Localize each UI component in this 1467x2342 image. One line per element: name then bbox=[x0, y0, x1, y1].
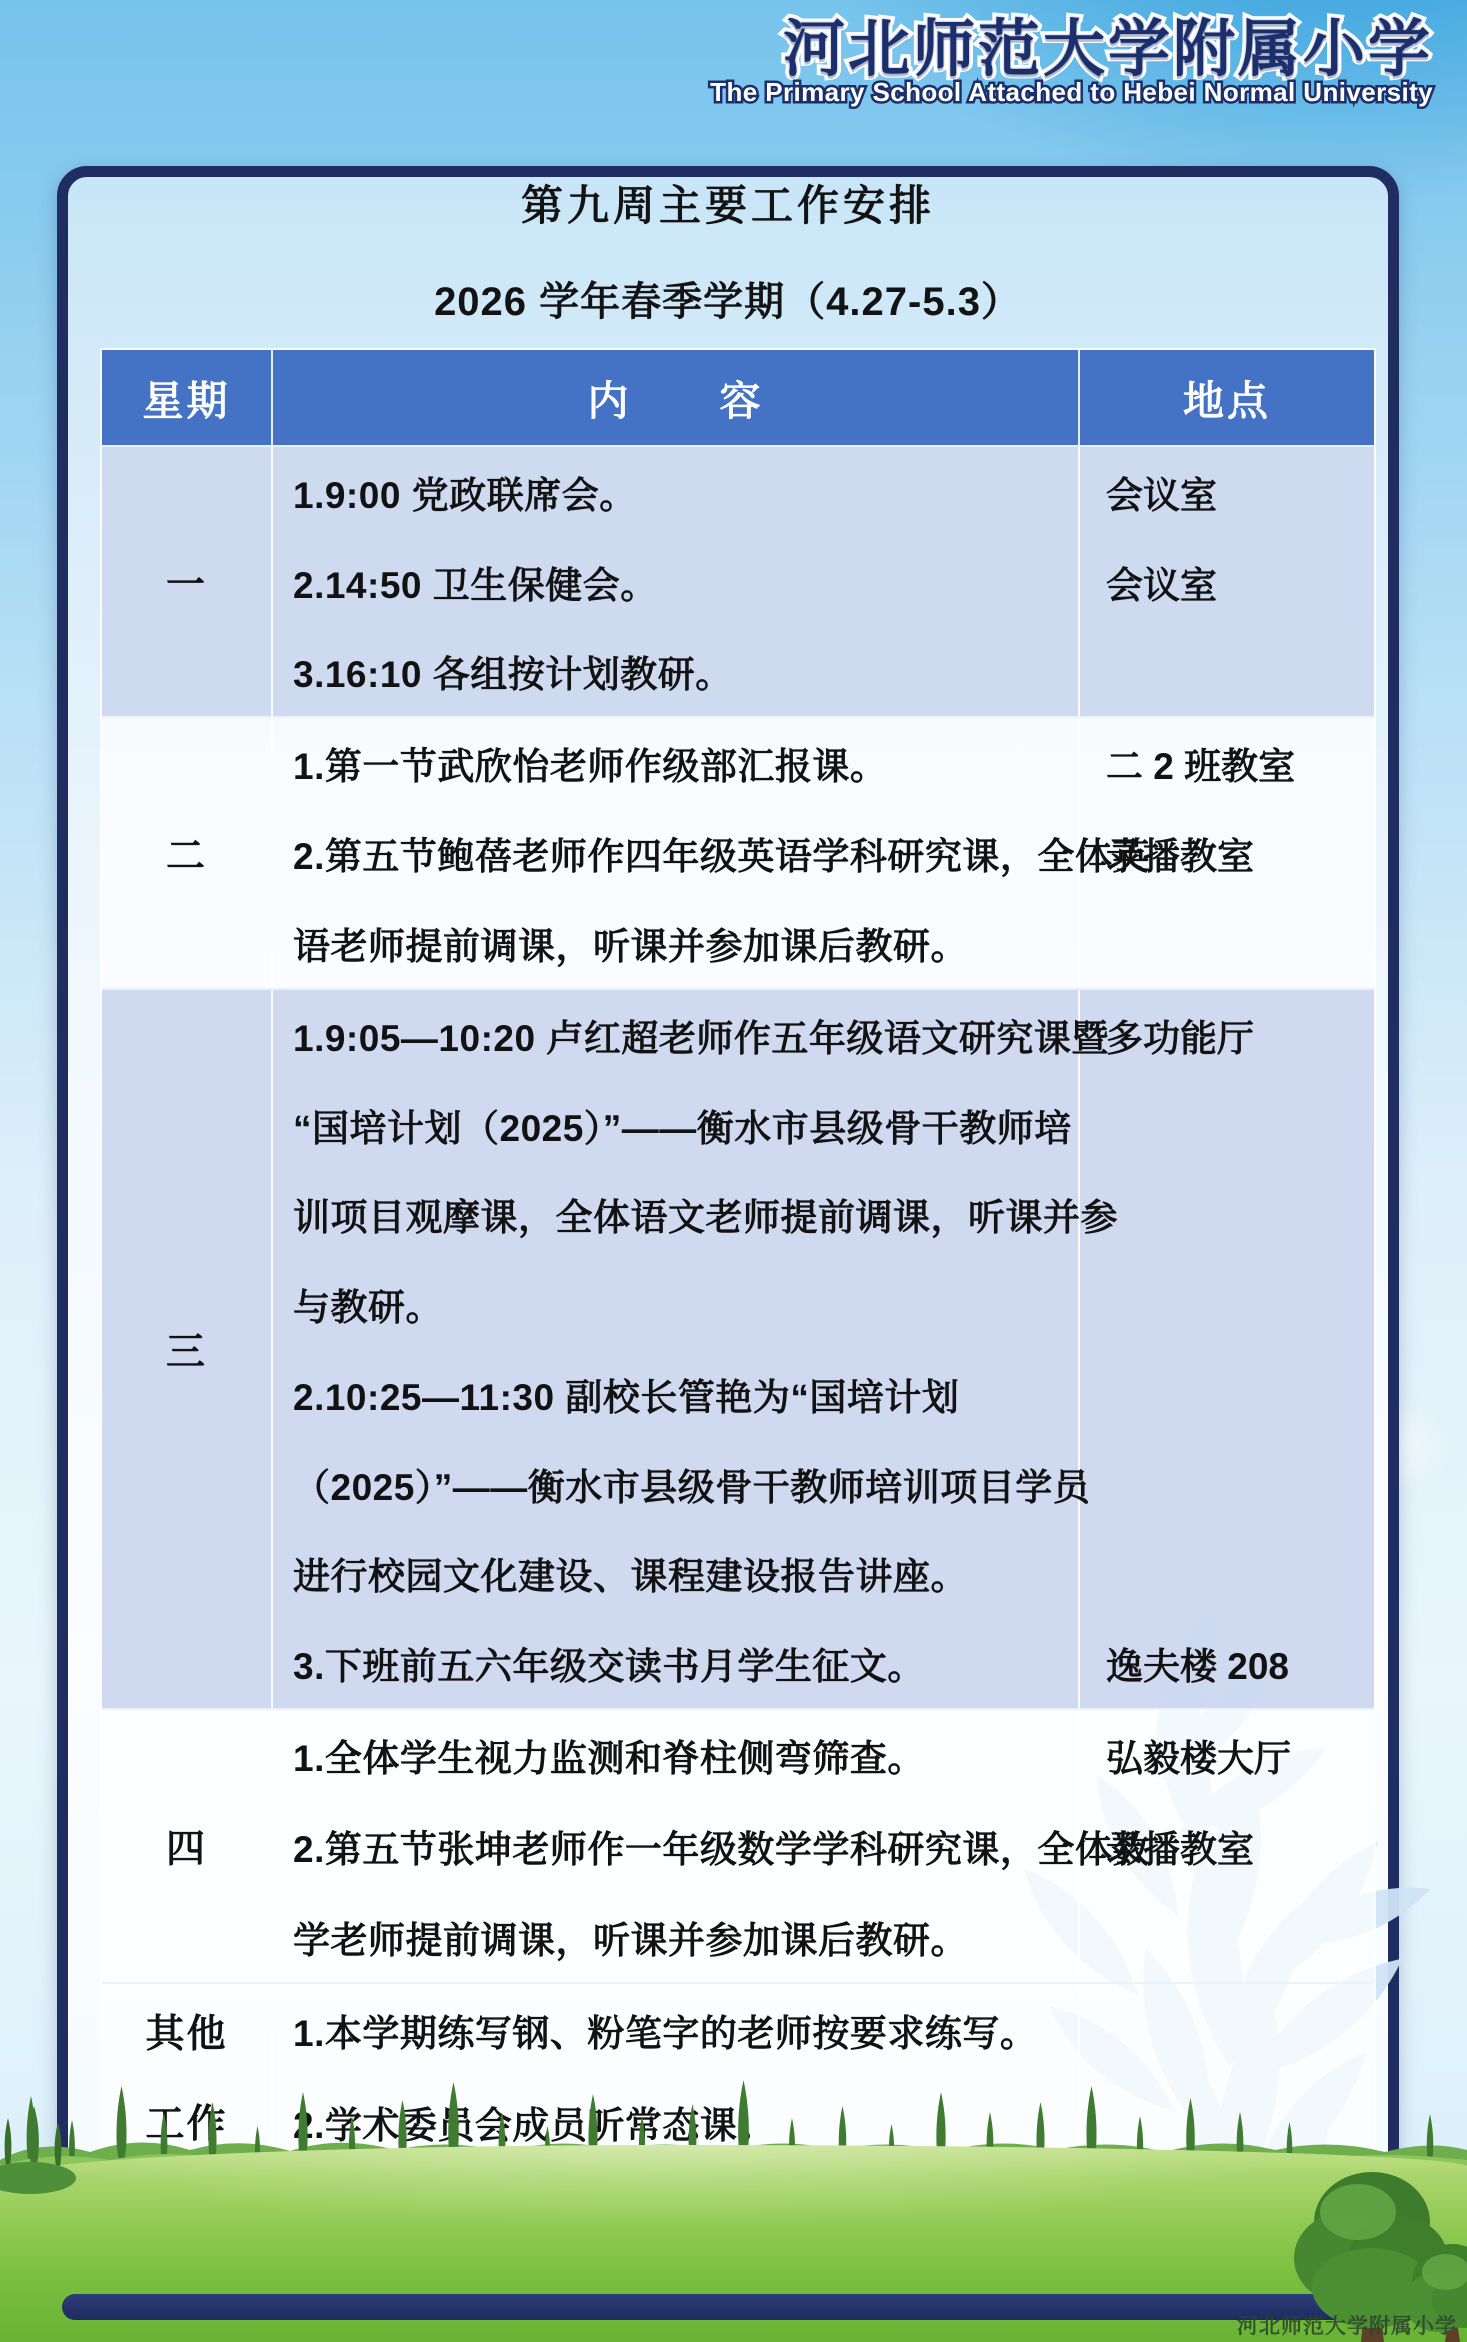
panel-content: 第九周主要工作安排 2026 学年春季学期（4.27-5.3） 星期 内 容 地… bbox=[57, 166, 1399, 2322]
day-label: 四 bbox=[166, 1801, 207, 1891]
content-line: 与教研。 bbox=[273, 1259, 1078, 1349]
location-line bbox=[1080, 1080, 1374, 1170]
location-line bbox=[1080, 1259, 1374, 1349]
content-line: （2025）”——衡水市县级骨干教师培训项目学员 bbox=[273, 1439, 1078, 1529]
content-line: 训项目观摩课，全体语文老师提前调课，听课并参 bbox=[273, 1170, 1078, 1260]
table-row: 三1.9:05—10:20 卢红超老师作五年级语文研究课暨“国培计划（2025）… bbox=[102, 988, 1374, 1708]
panel-bottom-border bbox=[62, 2294, 1436, 2320]
content-line: 1.全体学生视力监测和脊柱侧弯筛查。 bbox=[273, 1710, 1078, 1801]
location-line: 会议室 bbox=[1080, 537, 1374, 627]
day-cell: 一 bbox=[102, 447, 273, 716]
page-title: 第九周主要工作安排 bbox=[57, 180, 1399, 232]
location-cell: 弘毅楼大厅录播教室 bbox=[1080, 1710, 1374, 1982]
location-line: 录播教室 bbox=[1080, 1801, 1374, 1892]
content-cell: 1.9:00 党政联席会。2.14:50 卫生保健会。3.16:10 各组按计划… bbox=[273, 447, 1080, 716]
location-line: 逸夫楼 208 bbox=[1080, 1618, 1374, 1708]
location-line bbox=[1080, 1529, 1374, 1619]
content-line: 学老师提前调课，听课并参加课后教研。 bbox=[273, 1891, 1078, 1982]
content-line: 进行校园文化建设、课程建设报告讲座。 bbox=[273, 1529, 1078, 1619]
location-line: 会议室 bbox=[1080, 447, 1374, 537]
location-line bbox=[1080, 1170, 1374, 1260]
content-cell: 1.9:05—10:20 卢红超老师作五年级语文研究课暨“国培计划（2025）”… bbox=[273, 990, 1080, 1708]
content-line: 1.9:05—10:20 卢红超老师作五年级语文研究课暨 bbox=[273, 990, 1078, 1080]
content-line: “国培计划（2025）”——衡水市县级骨干教师培 bbox=[273, 1080, 1078, 1170]
school-name-en: The Primary School Attached to Hebei Nor… bbox=[710, 78, 1433, 107]
location-cell: 会议室会议室 bbox=[1080, 447, 1374, 716]
schedule-table: 星期 内 容 地点 一1.9:00 党政联席会。2.14:50 卫生保健会。3.… bbox=[100, 348, 1376, 2170]
day-label: 三 bbox=[166, 1304, 207, 1394]
table-row: 二1.第一节武欣怡老师作级部汇报课。2.第五节鲍蓓老师作四年级英语学科研究课，全… bbox=[102, 716, 1374, 988]
school-name-cn: 河北师范大学附属小学 bbox=[710, 16, 1433, 84]
content-line: 2.14:50 卫生保健会。 bbox=[273, 537, 1078, 627]
location-line bbox=[1080, 1891, 1374, 1982]
content-line: 1.9:00 党政联席会。 bbox=[273, 447, 1078, 537]
poster-page: 河北师范大学附属小学 The Primary School Attached t… bbox=[0, 0, 1467, 2342]
location-line: 录播教室 bbox=[1080, 808, 1374, 898]
location-line bbox=[1080, 626, 1374, 716]
table-body: 一1.9:00 党政联席会。2.14:50 卫生保健会。3.16:10 各组按计… bbox=[102, 445, 1374, 2168]
content-line: 2.10:25—11:30 副校长管艳为“国培计划 bbox=[273, 1349, 1078, 1439]
location-line: 多功能厅 bbox=[1080, 990, 1374, 1080]
content-line: 2.第五节张坤老师作一年级数学学科研究课，全体数 bbox=[273, 1801, 1078, 1892]
location-line bbox=[1080, 1439, 1374, 1529]
header-location: 地点 bbox=[1080, 350, 1374, 445]
table-row: 四1.全体学生视力监测和脊柱侧弯筛查。2.第五节张坤老师作一年级数学学科研究课，… bbox=[102, 1708, 1374, 1982]
location-line bbox=[1080, 898, 1374, 988]
content-line: 2.第五节鲍蓓老师作四年级英语学科研究课，全体英 bbox=[273, 808, 1078, 898]
header-content: 内 容 bbox=[273, 350, 1080, 445]
location-cell: 二 2 班教室录播教室 bbox=[1080, 718, 1374, 988]
content-line: 3.下班前五六年级交读书月学生征文。 bbox=[273, 1618, 1078, 1708]
location-cell: 多功能厅逸夫楼 208 bbox=[1080, 990, 1374, 1708]
page-subtitle: 2026 学年春季学期（4.27-5.3） bbox=[57, 274, 1399, 330]
location-line bbox=[1080, 1349, 1374, 1439]
content-cell: 1.第一节武欣怡老师作级部汇报课。2.第五节鲍蓓老师作四年级英语学科研究课，全体… bbox=[273, 718, 1080, 988]
day-cell: 二 bbox=[102, 718, 273, 988]
content-line: 1.第一节武欣怡老师作级部汇报课。 bbox=[273, 718, 1078, 808]
header-day: 星期 bbox=[102, 350, 273, 445]
day-label: 二 bbox=[166, 808, 207, 898]
location-line: 二 2 班教室 bbox=[1080, 718, 1374, 808]
school-brand: 河北师范大学附属小学 The Primary School Attached t… bbox=[710, 16, 1433, 107]
content-cell: 1.全体学生视力监测和脊柱侧弯筛查。2.第五节张坤老师作一年级数学学科研究课，全… bbox=[273, 1710, 1080, 1982]
watermark-text: 河北师范大学附属小学 bbox=[1237, 2310, 1457, 2340]
location-line: 弘毅楼大厅 bbox=[1080, 1710, 1374, 1801]
day-label: 一 bbox=[166, 537, 207, 627]
table-row: 一1.9:00 党政联席会。2.14:50 卫生保健会。3.16:10 各组按计… bbox=[102, 445, 1374, 716]
content-line: 3.16:10 各组按计划教研。 bbox=[273, 626, 1078, 716]
day-cell: 四 bbox=[102, 1710, 273, 1982]
day-cell: 三 bbox=[102, 990, 273, 1708]
table-header-row: 星期 内 容 地点 bbox=[102, 350, 1374, 445]
content-line: 语老师提前调课，听课并参加课后教研。 bbox=[273, 898, 1078, 988]
